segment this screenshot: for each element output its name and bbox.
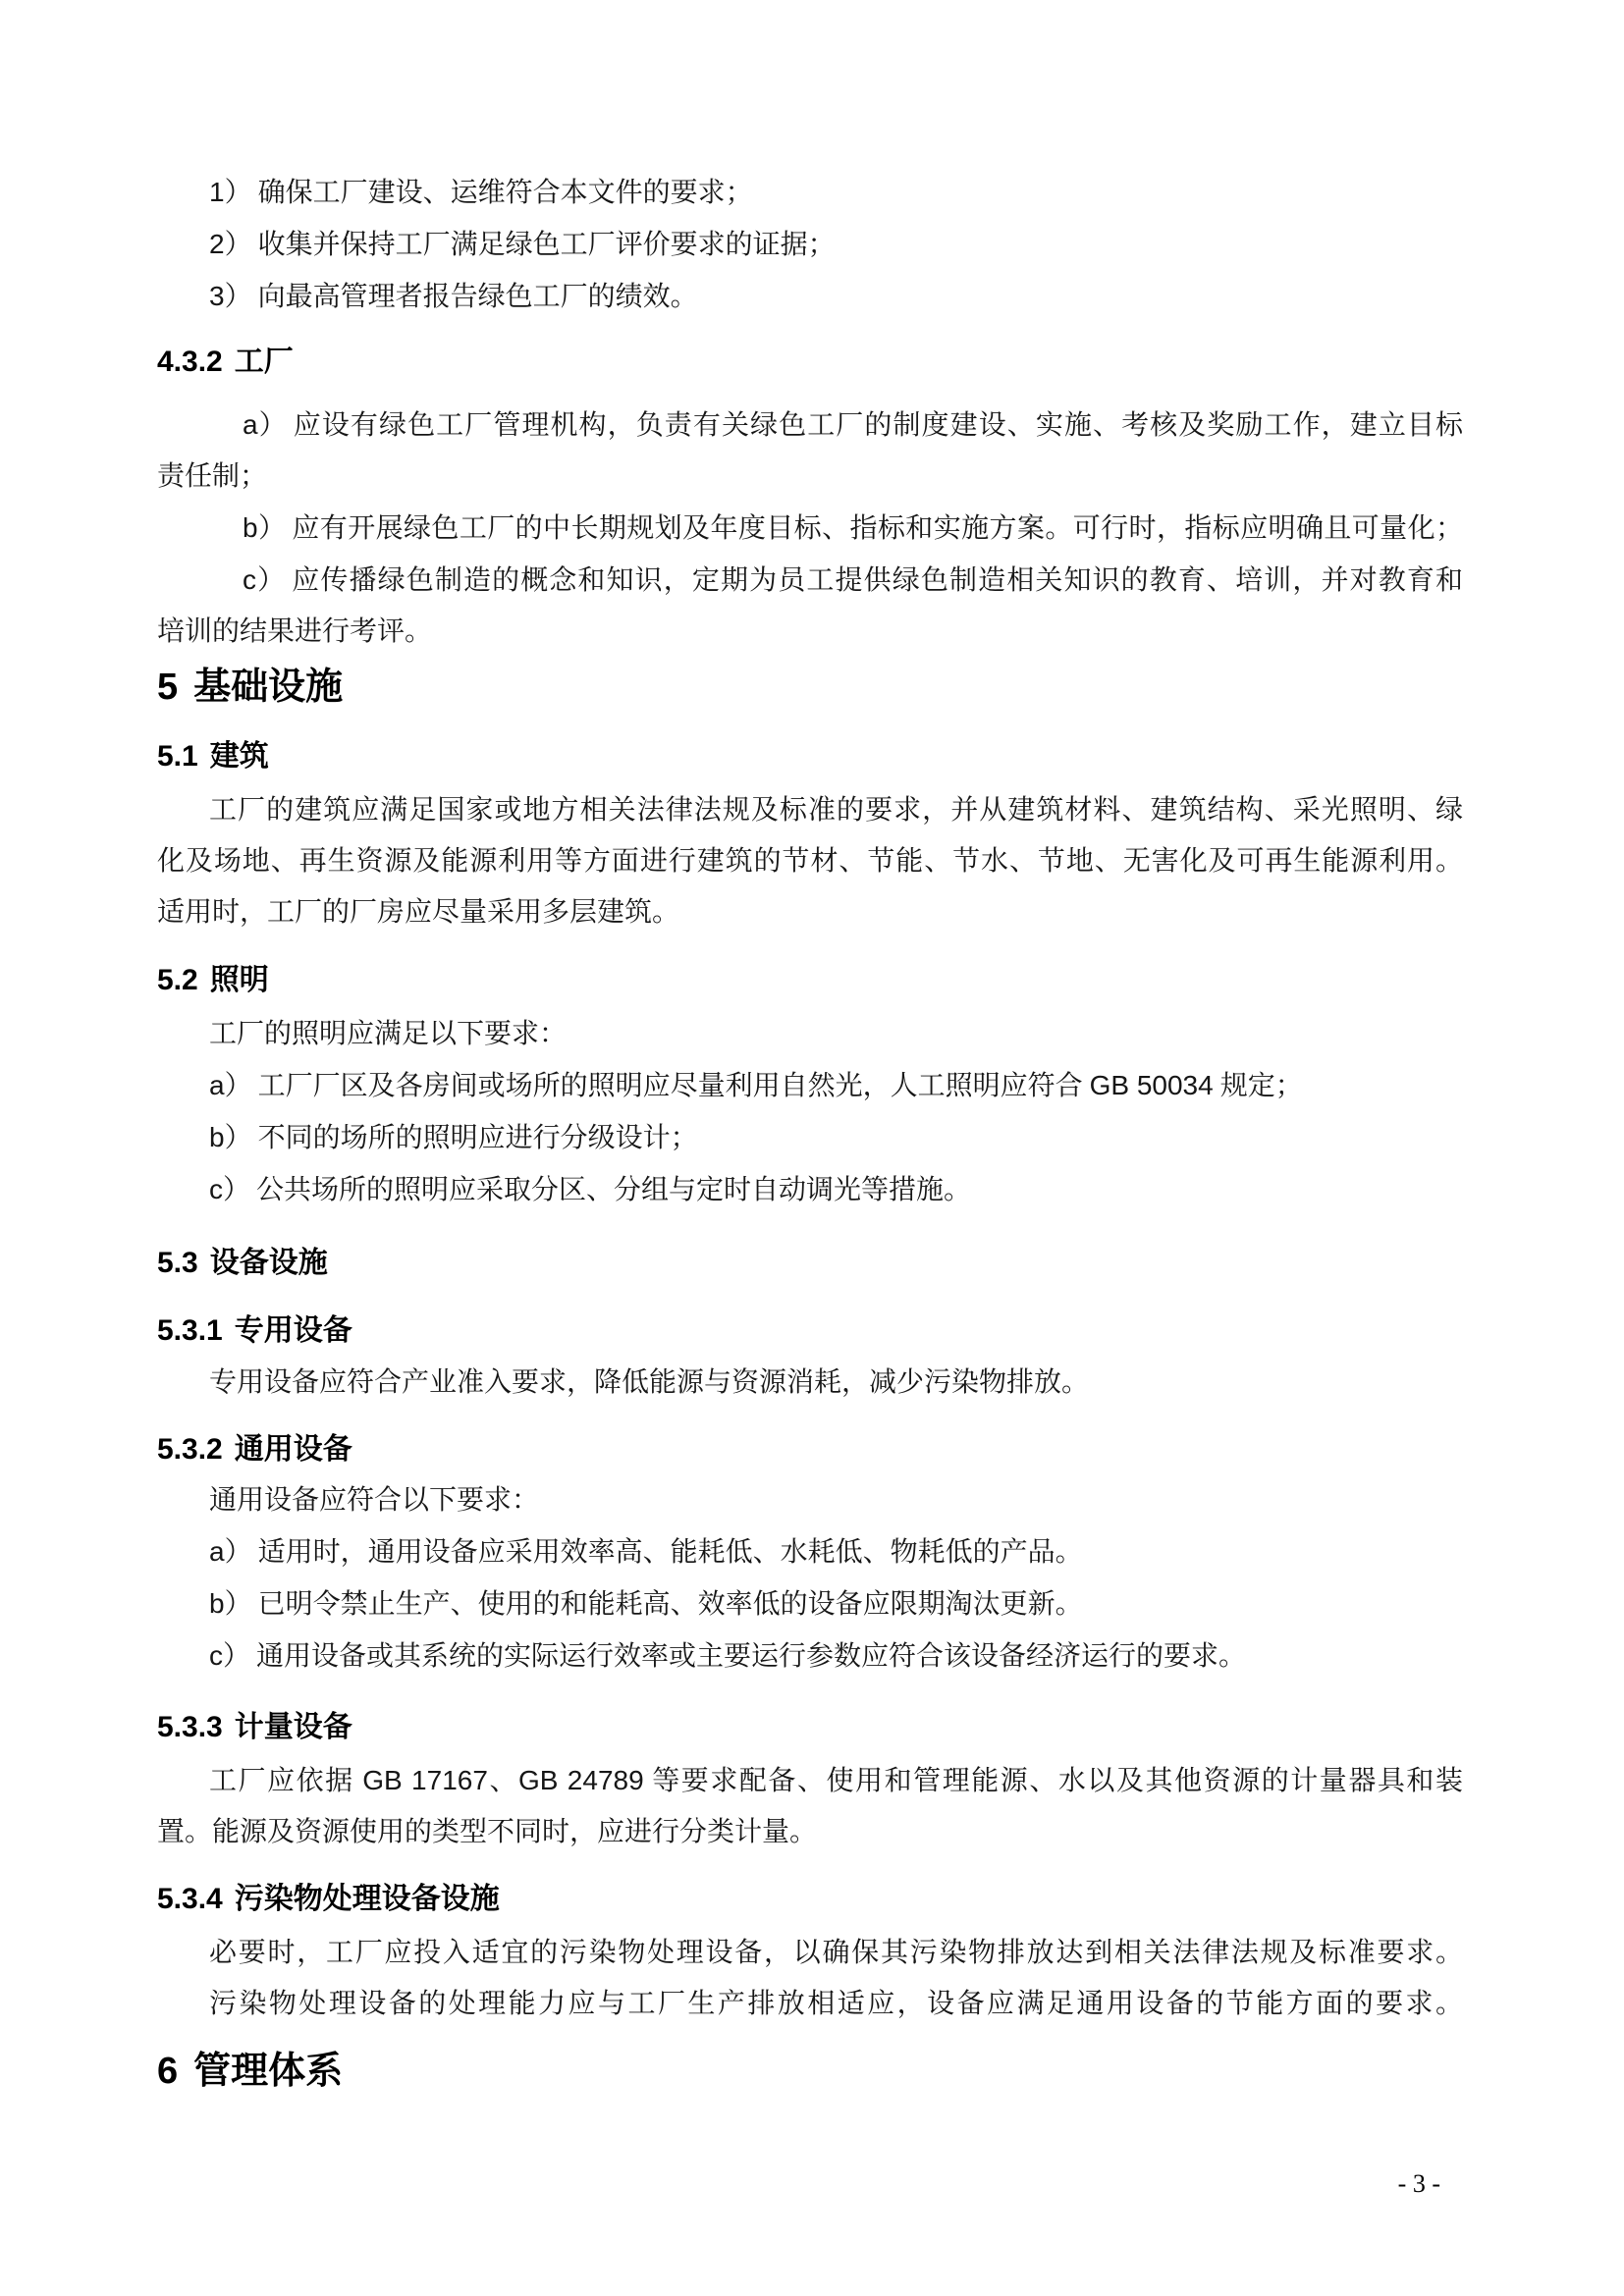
heading-number: 5.3.2: [157, 1433, 223, 1466]
paragraph-text: 专用设备应符合产业准入要求，降低能源与资源消耗，减少污染物排放。: [209, 1367, 1089, 1398]
chapter-heading-5: 5基础设施: [157, 658, 1463, 717]
paragraph-line: a）应设有绿色工厂管理机构，负责有关绿色工厂的制度建设、实施、考核及奖励工作，建…: [157, 400, 1463, 452]
heading-title: 基础设施: [193, 667, 343, 708]
page-number: - 3 -: [157, 2164, 1440, 2204]
heading-title: 建筑: [210, 740, 269, 773]
heading-number: 5.2: [157, 964, 198, 996]
section-heading-5-3-2: 5.3.2通用设备: [157, 1424, 1463, 1475]
heading-number: 5.3.4: [157, 1883, 223, 1915]
clause-marker: 2）: [209, 229, 252, 259]
clause-text: 应设有绿色工厂管理机构，负责有关绿色工厂的制度建设、实施、考核及奖励工作，建立目…: [294, 410, 1463, 441]
section-heading-5-2: 5.2照明: [157, 955, 1463, 1006]
clause-text: 责任制；: [157, 461, 267, 492]
paragraph-line: 工厂应依据 GB 17167、GB 24789 等要求配备、使用和管理能源、水以…: [157, 1755, 1463, 1807]
paragraph-line: c）应传播绿色制造的概念和知识，定期为员工提供绿色制造相关知识的教育、培训，并对…: [157, 555, 1463, 607]
heading-number: 6: [157, 2051, 178, 2092]
standard-reference: GB 17167: [362, 1765, 488, 1795]
paragraph-line: 适用时，工厂的厂房应尽量采用多层建筑。: [157, 887, 1463, 938]
paragraph-text: 置。能源及资源使用的类型不同时，应进行分类计量。: [157, 1817, 817, 1847]
paragraph-line: 责任制；: [157, 452, 1463, 503]
clause-item: a）工厂厂区及各房间或场所的照明应尽量利用自然光，人工照明应符合 GB 5003…: [157, 1060, 1463, 1112]
paragraph-line: 工厂的照明应满足以下要求：: [157, 1009, 1463, 1060]
clause-text: 向最高管理者报告绿色工厂的绩效。: [258, 282, 698, 312]
heading-number: 5.3.1: [157, 1314, 223, 1347]
heading-title: 专用设备: [235, 1314, 352, 1347]
paragraph-text: 适用时，工厂的厂房应尽量采用多层建筑。: [157, 897, 679, 928]
section-heading-5-3-1: 5.3.1专用设备: [157, 1306, 1463, 1357]
clause-marker: c）: [209, 1174, 250, 1204]
section-heading-4-3-2: 4.3.2工厂: [157, 337, 1463, 388]
section-heading-5-3-3: 5.3.3计量设备: [157, 1702, 1463, 1753]
clause-text: 通用设备或其系统的实际运行效率或主要运行参数应符合该设备经济运行的要求。: [256, 1641, 1246, 1672]
paragraph-line: 污染物处理设备的处理能力应与工厂生产排放相适应，设备应满足通用设备的节能方面的要…: [157, 1979, 1463, 2030]
heading-title: 污染物处理设备设施: [235, 1883, 500, 1915]
heading-number: 5.3.3: [157, 1711, 223, 1743]
clause-marker: b）: [209, 1122, 252, 1152]
clause-marker: b）: [209, 1588, 252, 1619]
clause-text: 收集并保持工厂满足绿色工厂评价要求的证据；: [258, 230, 836, 260]
heading-title: 管理体系: [193, 2051, 343, 2092]
paragraph-line: 必要时，工厂应投入适宜的污染物处理设备，以确保其污染物排放达到相关法律法规及标准…: [157, 1928, 1463, 1979]
heading-number: 5.1: [157, 740, 198, 773]
clause-item: c）公共场所的照明应采取分区、分组与定时自动调光等措施。: [157, 1164, 1463, 1216]
clause-item: 1）确保工厂建设、运维符合本文件的要求；: [157, 167, 1463, 219]
clause-text: 应传播绿色制造的概念和知识，定期为员工提供绿色制造相关知识的教育、培训，并对教育…: [292, 565, 1463, 596]
clause-text: 适用时，通用设备应采用效率高、能耗低、水耗低、物耗低的产品。: [258, 1537, 1083, 1568]
clause-marker: a）: [209, 1536, 252, 1567]
paragraph-text: 、: [488, 1766, 518, 1796]
section-heading-5-3: 5.3设备设施: [157, 1238, 1463, 1289]
clause-text: 规定；: [1214, 1071, 1303, 1101]
heading-number: 5.3: [157, 1247, 198, 1279]
clause-text: 培训的结果进行考评。: [157, 616, 432, 647]
heading-title: 工厂: [235, 346, 294, 378]
heading-number: 5: [157, 667, 178, 708]
clause-item: 2）收集并保持工厂满足绿色工厂评价要求的证据；: [157, 219, 1463, 271]
paragraph-text: 工厂的建筑应满足国家或地方相关法律法规及标准的要求，并从建筑材料、建筑结构、采光…: [209, 795, 1463, 826]
heading-title: 通用设备: [235, 1433, 352, 1466]
paragraph-text: 必要时，工厂应投入适宜的污染物处理设备，以确保其污染物排放达到相关法律法规及标准…: [209, 1938, 1463, 1968]
paragraph-text: 污染物处理设备的处理能力应与工厂生产排放相适应，设备应满足通用设备的节能方面的要…: [209, 1989, 1463, 2019]
section-heading-5-1: 5.1建筑: [157, 731, 1463, 782]
clause-text: 已明令禁止生产、使用的和能耗高、效率低的设备应限期淘汰更新。: [258, 1589, 1083, 1620]
paragraph-line: 通用设备应符合以下要求：: [157, 1475, 1463, 1526]
standard-reference: GB 50034: [1090, 1070, 1214, 1100]
clause-item: a）适用时，通用设备应采用效率高、能耗低、水耗低、物耗低的产品。: [157, 1526, 1463, 1578]
clause-text: 工厂厂区及各房间或场所的照明应尽量利用自然光，人工照明应符合: [258, 1071, 1090, 1101]
paragraph-text: 工厂的照明应满足以下要求：: [209, 1019, 567, 1049]
paragraph-line: 培训的结果进行考评。: [157, 607, 1463, 658]
standard-reference: GB 24789: [518, 1765, 644, 1795]
paragraph-text: 通用设备应符合以下要求：: [209, 1485, 539, 1516]
paragraph-line: 工厂的建筑应满足国家或地方相关法律法规及标准的要求，并从建筑材料、建筑结构、采光…: [157, 785, 1463, 836]
paragraph-text: 等要求配备、使用和管理能源、水以及其他资源的计量器具和装: [644, 1766, 1463, 1796]
clause-item: b）已明令禁止生产、使用的和能耗高、效率低的设备应限期淘汰更新。: [157, 1578, 1463, 1630]
paragraph-line: 化及场地、再生资源及能源利用等方面进行建筑的节材、节能、节水、节地、无害化及可再…: [157, 836, 1463, 887]
clause-marker: 3）: [209, 281, 252, 311]
paragraph-line: 专用设备应符合产业准入要求，降低能源与资源消耗，减少污染物排放。: [157, 1358, 1463, 1409]
clause-item: c）通用设备或其系统的实际运行效率或主要运行参数应符合该设备经济运行的要求。: [157, 1630, 1463, 1682]
paragraph-text: 化及场地、再生资源及能源利用等方面进行建筑的节材、节能、节水、节地、无害化及可再…: [157, 846, 1463, 877]
paragraph-line: b）应有开展绿色工厂的中长期规划及年度目标、指标和实施方案。可行时，指标应明确且…: [157, 503, 1463, 555]
clause-marker: a）: [209, 1070, 252, 1100]
heading-title: 设备设施: [210, 1247, 328, 1279]
clause-marker: b）: [243, 512, 286, 543]
heading-title: 计量设备: [235, 1711, 352, 1743]
heading-title: 照明: [210, 964, 269, 996]
clause-item: 3）向最高管理者报告绿色工厂的绩效。: [157, 271, 1463, 323]
clause-text: 不同的场所的照明应进行分级设计；: [258, 1123, 698, 1153]
clause-text: 确保工厂建设、运维符合本文件的要求；: [258, 178, 753, 208]
paragraph-text: 工厂应依据: [209, 1766, 362, 1796]
heading-number: 4.3.2: [157, 346, 223, 378]
chapter-heading-6: 6管理体系: [157, 2042, 1463, 2101]
clause-text: 公共场所的照明应采取分区、分组与定时自动调光等措施。: [256, 1175, 971, 1205]
clause-marker: c）: [209, 1640, 250, 1671]
document-page: 1）确保工厂建设、运维符合本文件的要求； 2）收集并保持工厂满足绿色工厂评价要求…: [0, 0, 1624, 2296]
clause-text: 应有开展绿色工厂的中长期规划及年度目标、指标和实施方案。可行时，指标应明确且可量…: [292, 513, 1463, 544]
section-heading-5-3-4: 5.3.4污染物处理设备设施: [157, 1874, 1463, 1925]
clause-marker: c）: [243, 564, 286, 595]
clause-item: b）不同的场所的照明应进行分级设计；: [157, 1112, 1463, 1164]
clause-marker: a）: [243, 409, 288, 440]
clause-marker: 1）: [209, 177, 252, 207]
paragraph-line: 置。能源及资源使用的类型不同时，应进行分类计量。: [157, 1807, 1463, 1858]
